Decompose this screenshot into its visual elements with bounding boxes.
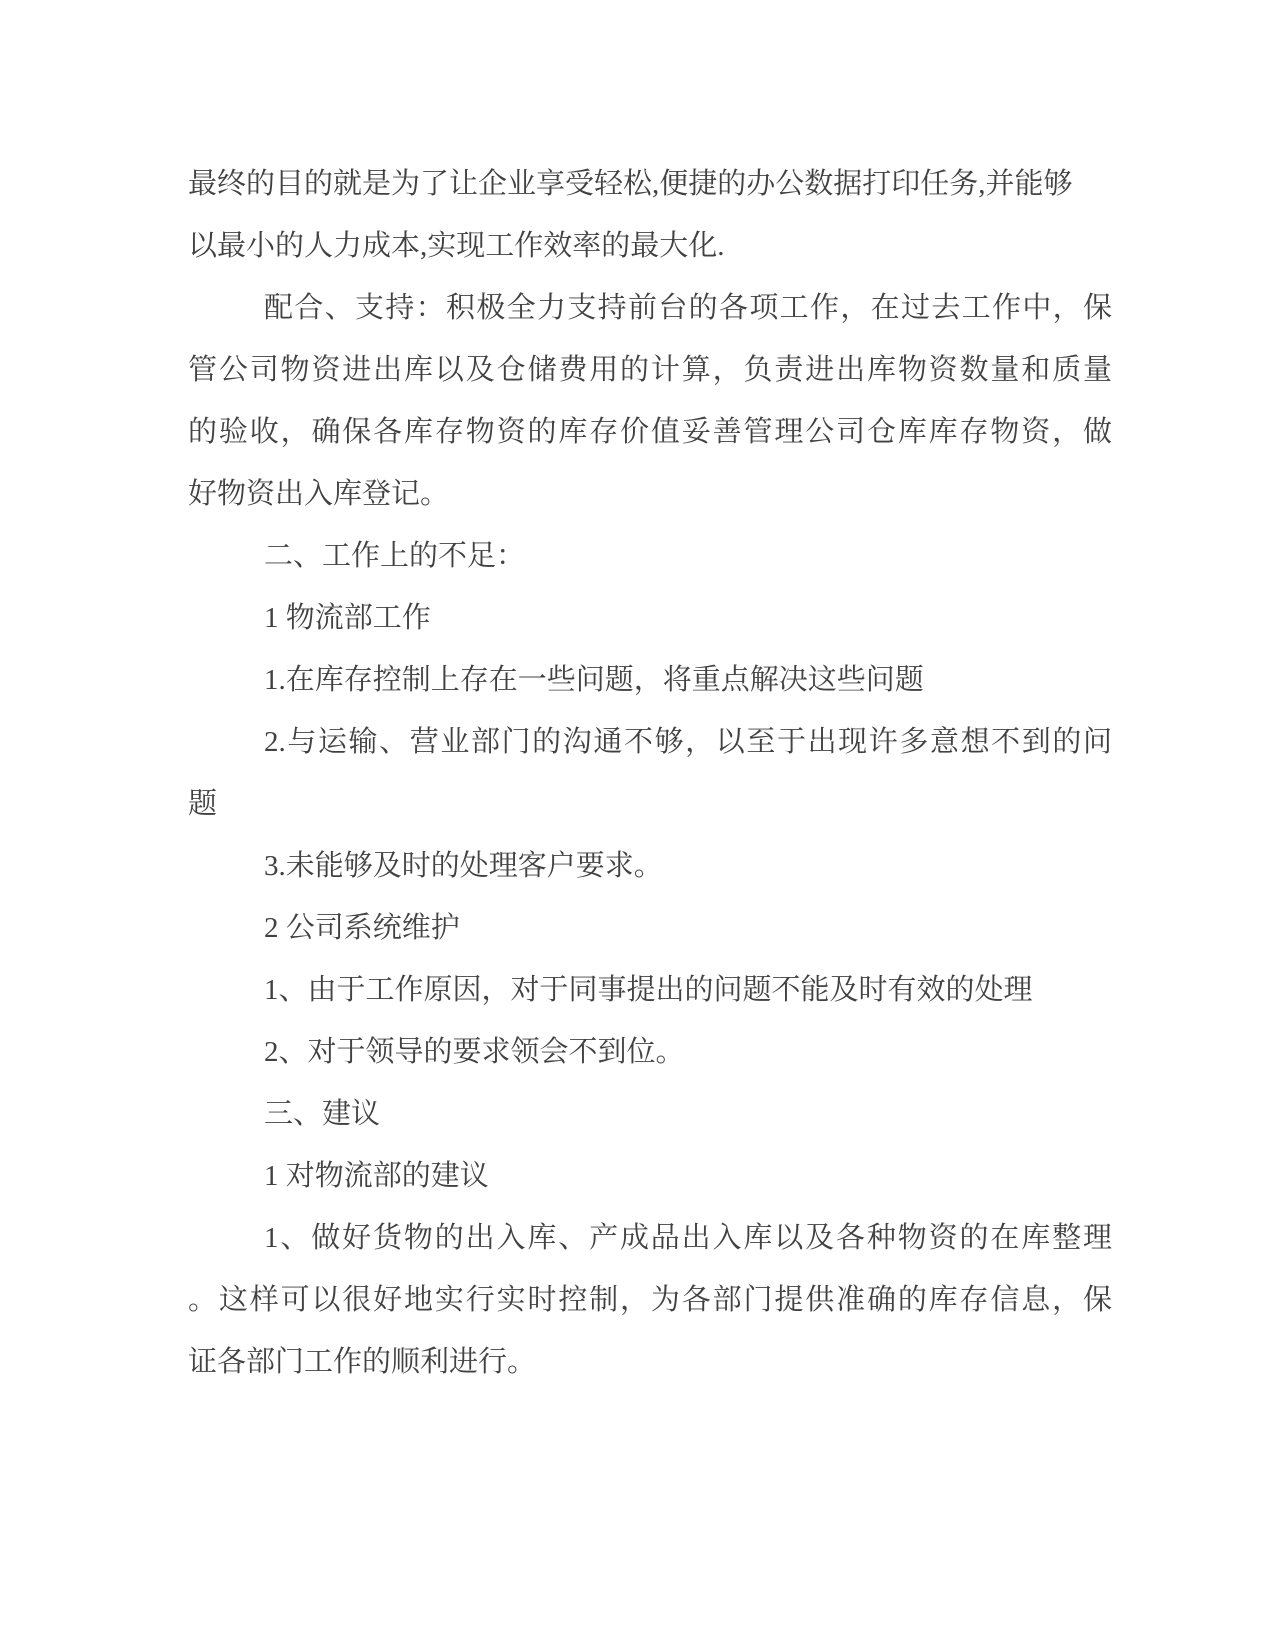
text-line: 二、工作上的不足：: [188, 525, 1112, 587]
document-page: 最终的目的就是为了让企业享受轻松,便捷的办公数据打印任务,并能够以最小的人力成本…: [0, 0, 1275, 1650]
text-line: 配合、支持：积极全力支持前台的各项工作，在过去工作中，保: [188, 277, 1112, 339]
text-line: 三、建议: [188, 1083, 1112, 1145]
text-line: 最终的目的就是为了让企业享受轻松,便捷的办公数据打印任务,并能够: [188, 153, 1112, 215]
text-line: 的验收，确保各库存物资的库存价值妥善管理公司仓库库存物资，做: [188, 401, 1112, 463]
text-line: 以最小的人力成本,实现工作效率的最大化.: [188, 215, 1112, 277]
text-line: 1 对物流部的建议: [188, 1145, 1112, 1207]
text-line: 题: [188, 773, 1112, 835]
text-line: 。这样可以很好地实行实时控制，为各部门提供准确的库存信息，保: [188, 1269, 1112, 1331]
text-line: 2 公司系统维护: [188, 897, 1112, 959]
text-line: 1、做好货物的出入库、产成品出入库以及各种物资的在库整理: [188, 1207, 1112, 1269]
text-line: 1.在库存控制上存在一些问题，将重点解决这些问题: [188, 649, 1112, 711]
text-line: 3.未能够及时的处理客户要求。: [188, 835, 1112, 897]
text-line: 1、由于工作原因，对于同事提出的问题不能及时有效的处理: [188, 959, 1112, 1021]
text-line: 2.与运输、营业部门的沟通不够，以至于出现许多意想不到的问: [188, 711, 1112, 773]
text-line: 2、对于领导的要求领会不到位。: [188, 1021, 1112, 1083]
text-line: 证各部门工作的顺利进行。: [188, 1331, 1112, 1393]
text-line: 管公司物资进出库以及仓储费用的计算，负责进出库物资数量和质量: [188, 339, 1112, 401]
text-line: 1 物流部工作: [188, 587, 1112, 649]
document-body: 最终的目的就是为了让企业享受轻松,便捷的办公数据打印任务,并能够以最小的人力成本…: [188, 153, 1112, 1393]
text-line: 好物资出入库登记。: [188, 463, 1112, 525]
